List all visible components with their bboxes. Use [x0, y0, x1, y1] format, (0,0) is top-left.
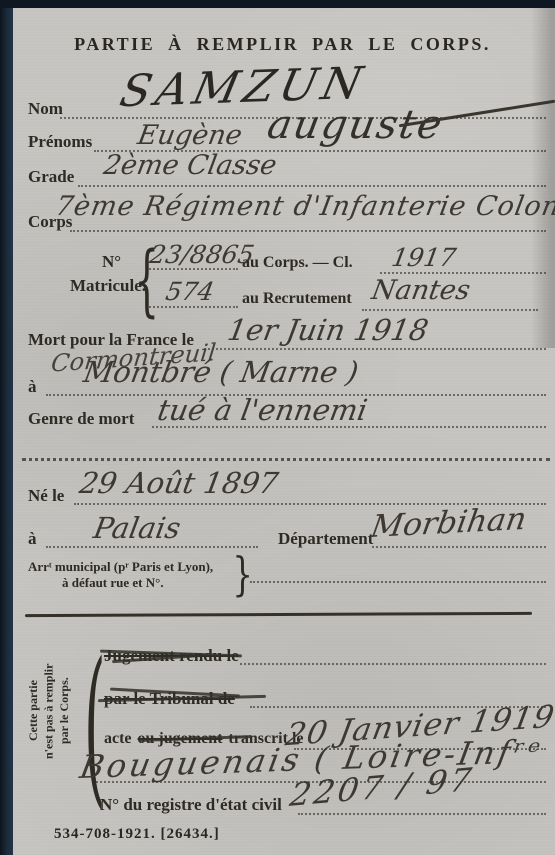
corps-handwritten-value: 7ème Régiment d'Infanterie Coloniale — [53, 191, 555, 222]
naissance-lieu-handwritten-value: Palais — [91, 511, 183, 545]
grade-label: Grade — [28, 167, 74, 187]
side-note-vertical: Cette partie n'est pas à remplir par le … — [26, 648, 73, 774]
au-recrutement-label: au Recrutement — [242, 290, 352, 308]
dotted-line — [362, 309, 538, 311]
dotted-line — [250, 581, 546, 583]
nom-label: Nom — [28, 99, 63, 119]
dotted-line — [380, 272, 546, 274]
arrondissement-brace: } — [232, 551, 252, 597]
classe-handwritten-value: 1917 — [389, 243, 458, 272]
scan-border-top — [0, 0, 555, 8]
au-corps-label: au Corps. — Cl. — [242, 254, 353, 272]
naissance-date-handwritten-value: 29 Août 1897 — [77, 466, 281, 500]
prenoms-label: Prénoms — [28, 132, 92, 152]
scanned-record-card: PARTIE À REMPLIR PAR LE CORPS. Nom SAMZU… — [0, 0, 555, 855]
genre-mort-handwritten-value: tué à l'ennemi — [155, 393, 370, 427]
paper-edge-shadow — [531, 8, 555, 348]
recrutement-handwritten-value: Nantes — [369, 275, 472, 306]
genre-mort-label: Genre de mort — [28, 409, 134, 429]
departement-label: Département — [278, 529, 373, 549]
section-divider-dotted — [22, 458, 550, 461]
dotted-line — [372, 546, 546, 548]
print-reference: 534-708-1921. [26434.] — [54, 826, 220, 843]
prenoms-second-value: auguste — [264, 102, 447, 148]
lieu-mort-handwritten-value: Montbré ( Marne ) — [81, 355, 361, 389]
arrondissement-label-line1: Arrᵗ municipal (pʳ Paris et Lyon), — [28, 559, 213, 575]
grade-handwritten-value: 2ème Classe — [101, 150, 279, 181]
dotted-line — [146, 268, 238, 270]
etat-civil-brace: ( — [84, 642, 106, 812]
scan-border-left — [0, 0, 13, 855]
matricule-no-label: N° — [102, 252, 121, 272]
matricule-corps-number: 23/8865 — [147, 240, 256, 269]
prenoms-first-value: Eugène — [135, 120, 244, 151]
dotted-line — [204, 348, 546, 350]
dotted-line — [78, 185, 546, 187]
naissance-lieu-label: à — [28, 529, 37, 549]
registre-label: N° du registre d'état civil — [100, 795, 282, 815]
arrondissement-label-line2: à défaut rue et N°. — [62, 575, 164, 591]
matricule-recrutement-number: 574 — [163, 277, 216, 306]
dotted-line — [240, 663, 546, 665]
form-header: PARTIE À REMPLIR PAR LE CORPS. — [20, 34, 545, 55]
mort-date-handwritten-value: 1er Juin 1918 — [225, 313, 431, 347]
dotted-line — [70, 230, 546, 232]
dotted-line — [146, 306, 238, 308]
lieu-mort-label: à — [28, 377, 37, 397]
transcription-acte-label: acte — [104, 730, 132, 747]
ne-le-label: Né le — [28, 486, 64, 506]
dotted-line — [46, 546, 258, 548]
dotted-line — [298, 813, 546, 815]
